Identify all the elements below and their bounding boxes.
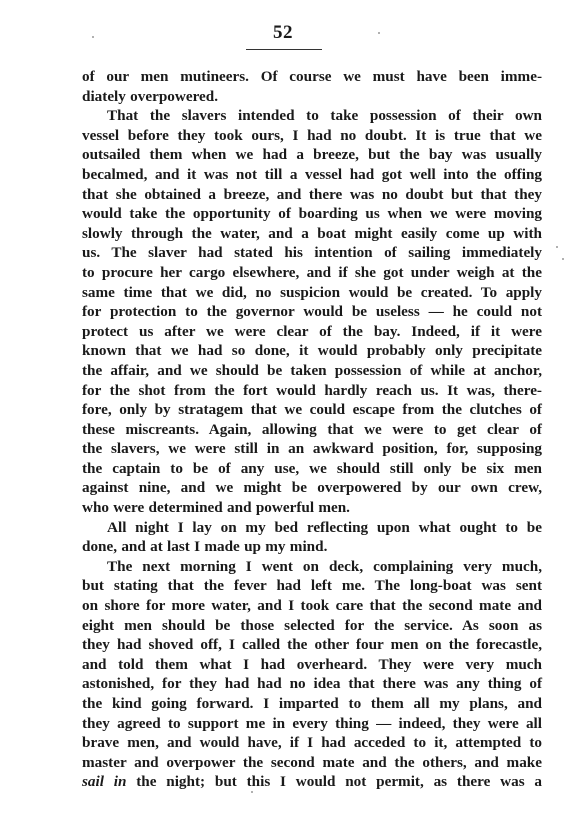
text-line: That the slavers intended to take posses… (82, 106, 542, 126)
text-line: the captain to be of any use, we should … (82, 459, 542, 479)
text-line: these miscreants. Again, allowing that w… (82, 420, 542, 440)
text-line: for the shot from the fort would hardly … (82, 381, 542, 401)
text-line: against nine, and we might be overpowere… (82, 478, 542, 498)
text-line: slowly through the water, and a boat mig… (82, 224, 542, 244)
text-line: and told them what I had overheard. They… (82, 655, 542, 675)
text-line: master and overpower the second mate and… (82, 753, 542, 773)
text-line: of our men mutineers. Of course we must … (82, 67, 542, 87)
italic-phrase: sail in (82, 773, 126, 790)
text-line: fore, only by stratagem that we could es… (82, 400, 542, 420)
text-line: who were determined and powerful men. (82, 498, 542, 518)
text-line: brave men, and would have, if I had acce… (82, 733, 542, 753)
text-line: would take the opportunity of boarding u… (82, 204, 542, 224)
text-line: done, and at last I made up my mind. (82, 537, 542, 557)
text-line: that she obtained a breeze, and there wa… (82, 185, 542, 205)
text-line: protect us after we were clear of the ba… (82, 322, 542, 342)
scan-speck (92, 36, 94, 38)
text-line: for protection to the governor would be … (82, 302, 542, 322)
text-line: known that we had so done, it would prob… (82, 341, 542, 361)
text-line: the affair, and we should be taken posse… (82, 361, 542, 381)
paragraph: of our men mutineers. Of course we must … (82, 67, 542, 106)
text-line: they had shoved off, I called the other … (82, 635, 542, 655)
text-line: sail in the night; but this I would not … (82, 772, 542, 792)
text-line: astonished, for they had had no idea tha… (82, 674, 542, 694)
text-line: to procure her cargo elsewhere, and if s… (82, 263, 542, 283)
scan-speck (562, 258, 564, 260)
text-line: on shore for more water, and I took care… (82, 596, 542, 616)
paragraph: The next morning I went on deck, complai… (82, 557, 542, 792)
scan-speck (378, 32, 380, 34)
paragraph: All night I lay on my bed reflecting upo… (82, 518, 542, 557)
text-line: the slavers, we were still in an awkward… (82, 439, 542, 459)
text-line: they agreed to support me in every thing… (82, 714, 542, 734)
text-line: vessel before they took ours, I had no d… (82, 126, 542, 146)
text-line: becalmed, and it was not till a vessel h… (82, 165, 542, 185)
text-line: eight men should be those selected for t… (82, 616, 542, 636)
page-number: 52 (0, 22, 566, 44)
text-line: outsailed them when we had a breeze, but… (82, 145, 542, 165)
text-line: diately overpowered. (82, 87, 542, 107)
text-line: the kind going forward. I imparted to th… (82, 694, 542, 714)
body-text: of our men mutineers. Of course we must … (82, 67, 542, 792)
scan-speck (251, 791, 253, 793)
text-line: All night I lay on my bed reflecting upo… (82, 518, 542, 538)
text-line: same time that we did, no suspicion woul… (82, 283, 542, 303)
text-fragment: the night; but this I would not permit, … (126, 773, 542, 790)
header-rule (246, 49, 322, 50)
scan-speck (556, 246, 558, 248)
paragraph: That the slavers intended to take posses… (82, 106, 542, 517)
text-line: us. The slaver had stated his intention … (82, 243, 542, 263)
text-line: but stating that the fever had left me. … (82, 576, 542, 596)
text-line: The next morning I went on deck, complai… (82, 557, 542, 577)
